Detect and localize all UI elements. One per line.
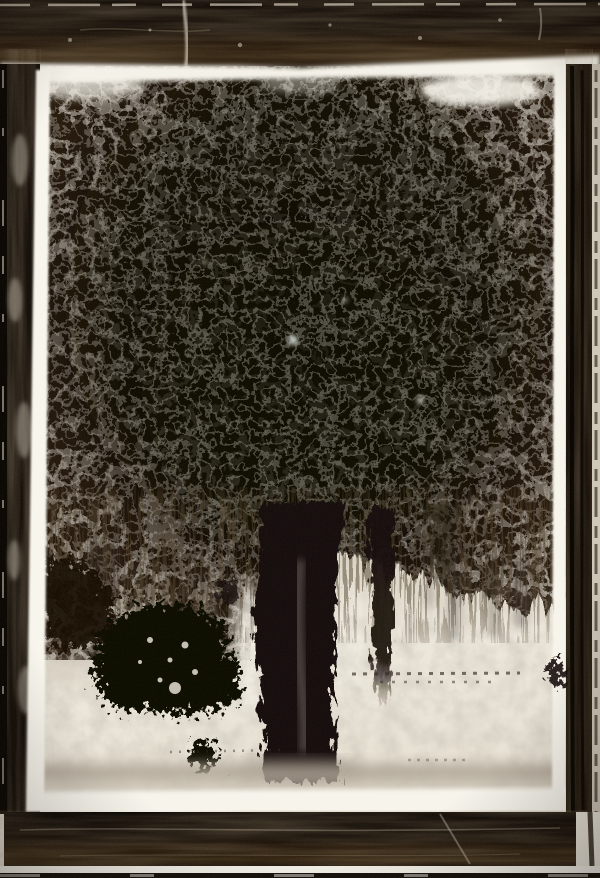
frosted-window-photograph — [0, 0, 600, 878]
photo-canvas — [0, 0, 600, 878]
film-grain — [0, 0, 600, 878]
